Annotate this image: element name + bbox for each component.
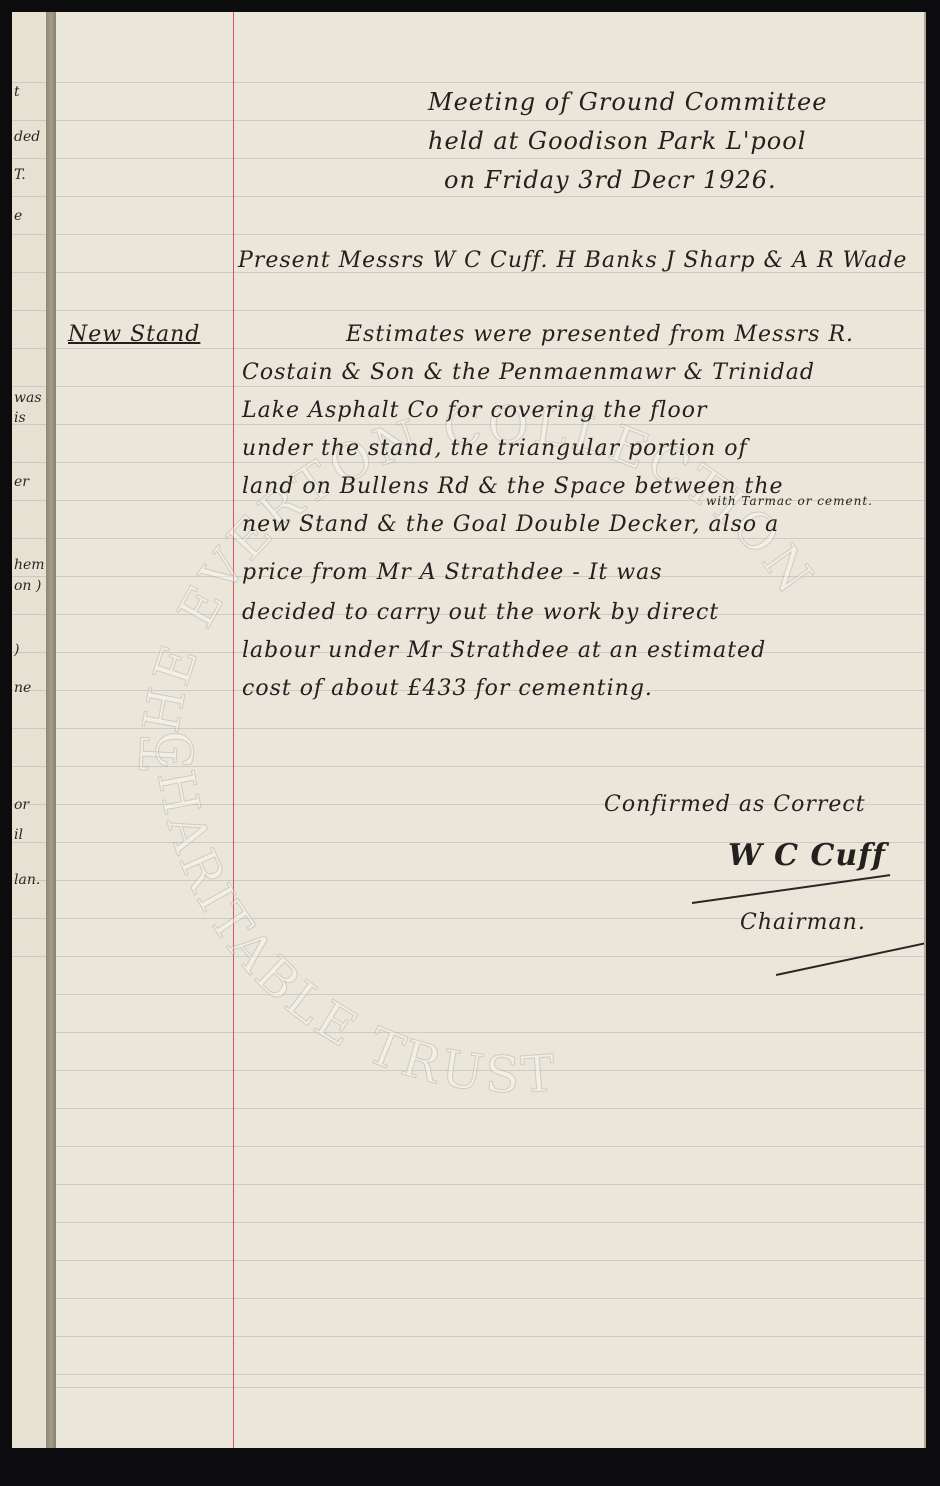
prev-fragment: ded [14, 129, 40, 145]
minute-line-10: cost of about £433 for cementing. [242, 676, 653, 701]
attendees-line: Present Messrs W C Cuff. H Banks J Sharp… [238, 248, 907, 273]
chairman-signature: W C Cuff [728, 838, 886, 873]
heading-line-3: on Friday 3rd Decr 1926. [444, 166, 777, 194]
insertion-note: with Tarmac or cement. [706, 494, 873, 508]
red-margin-line [233, 12, 234, 1448]
minute-line-3: Lake Asphalt Co for covering the floor [242, 398, 707, 423]
prev-fragment: was [14, 390, 42, 406]
ledger-page: THE EVERTON COLLECTION CHARITABLE TRUST … [56, 12, 926, 1448]
watermark-stamp: THE EVERTON COLLECTION CHARITABLE TRUST [56, 12, 926, 1448]
minute-line-6: new Stand & the Goal Double Decker, also… [242, 512, 779, 537]
prev-fragment: il [14, 827, 23, 843]
heading-line-1: Meeting of Ground Committee [428, 88, 827, 116]
prev-fragment: lan. [14, 872, 40, 888]
prev-fragment: e [14, 208, 22, 224]
prev-fragment: T. [14, 167, 26, 183]
previous-page-edge: t ded T. e was is er hem on ) ) ne or il… [12, 12, 46, 1448]
prev-fragment: or [14, 797, 29, 813]
watermark-bottom-text: CHARITABLE TRUST [143, 729, 560, 1104]
minute-line-2: Costain & Son & the Penmaenmawr & Trinid… [242, 360, 815, 385]
prev-fragment: is [14, 410, 26, 426]
prev-fragment: hem [14, 557, 45, 573]
chairman-title: Chairman. [740, 910, 866, 935]
minute-line-9: labour under Mr Strathdee at an estimate… [242, 638, 766, 663]
minute-line-5: land on Bullens Rd & the Space between t… [242, 474, 784, 499]
heading-line-2: held at Goodison Park L'pool [428, 127, 806, 155]
minute-line-4: under the stand, the triangular portion … [242, 436, 748, 461]
minute-line-1: Estimates were presented from Messrs R. [346, 322, 854, 347]
prev-fragment: ) [14, 642, 19, 658]
prev-fragment: t [14, 84, 20, 100]
confirmation-text: Confirmed as Correct [604, 792, 866, 817]
prev-fragment: er [14, 474, 29, 490]
closing-flourish [776, 939, 926, 975]
signature-underline [692, 874, 890, 903]
minute-line-8: decided to carry out the work by direct [242, 600, 719, 625]
page-edge [924, 12, 926, 1448]
svg-text:CHARITABLE TRUST: CHARITABLE TRUST [143, 729, 560, 1104]
margin-heading-new-stand: New Stand [68, 322, 200, 347]
prev-fragment: ne [14, 680, 31, 696]
scan-frame: t ded T. e was is er hem on ) ) ne or il… [12, 12, 928, 1448]
minute-line-7: price from Mr A Strathdee - It was [242, 560, 663, 585]
prev-fragment: on ) [14, 578, 41, 594]
book-spine [46, 12, 56, 1448]
